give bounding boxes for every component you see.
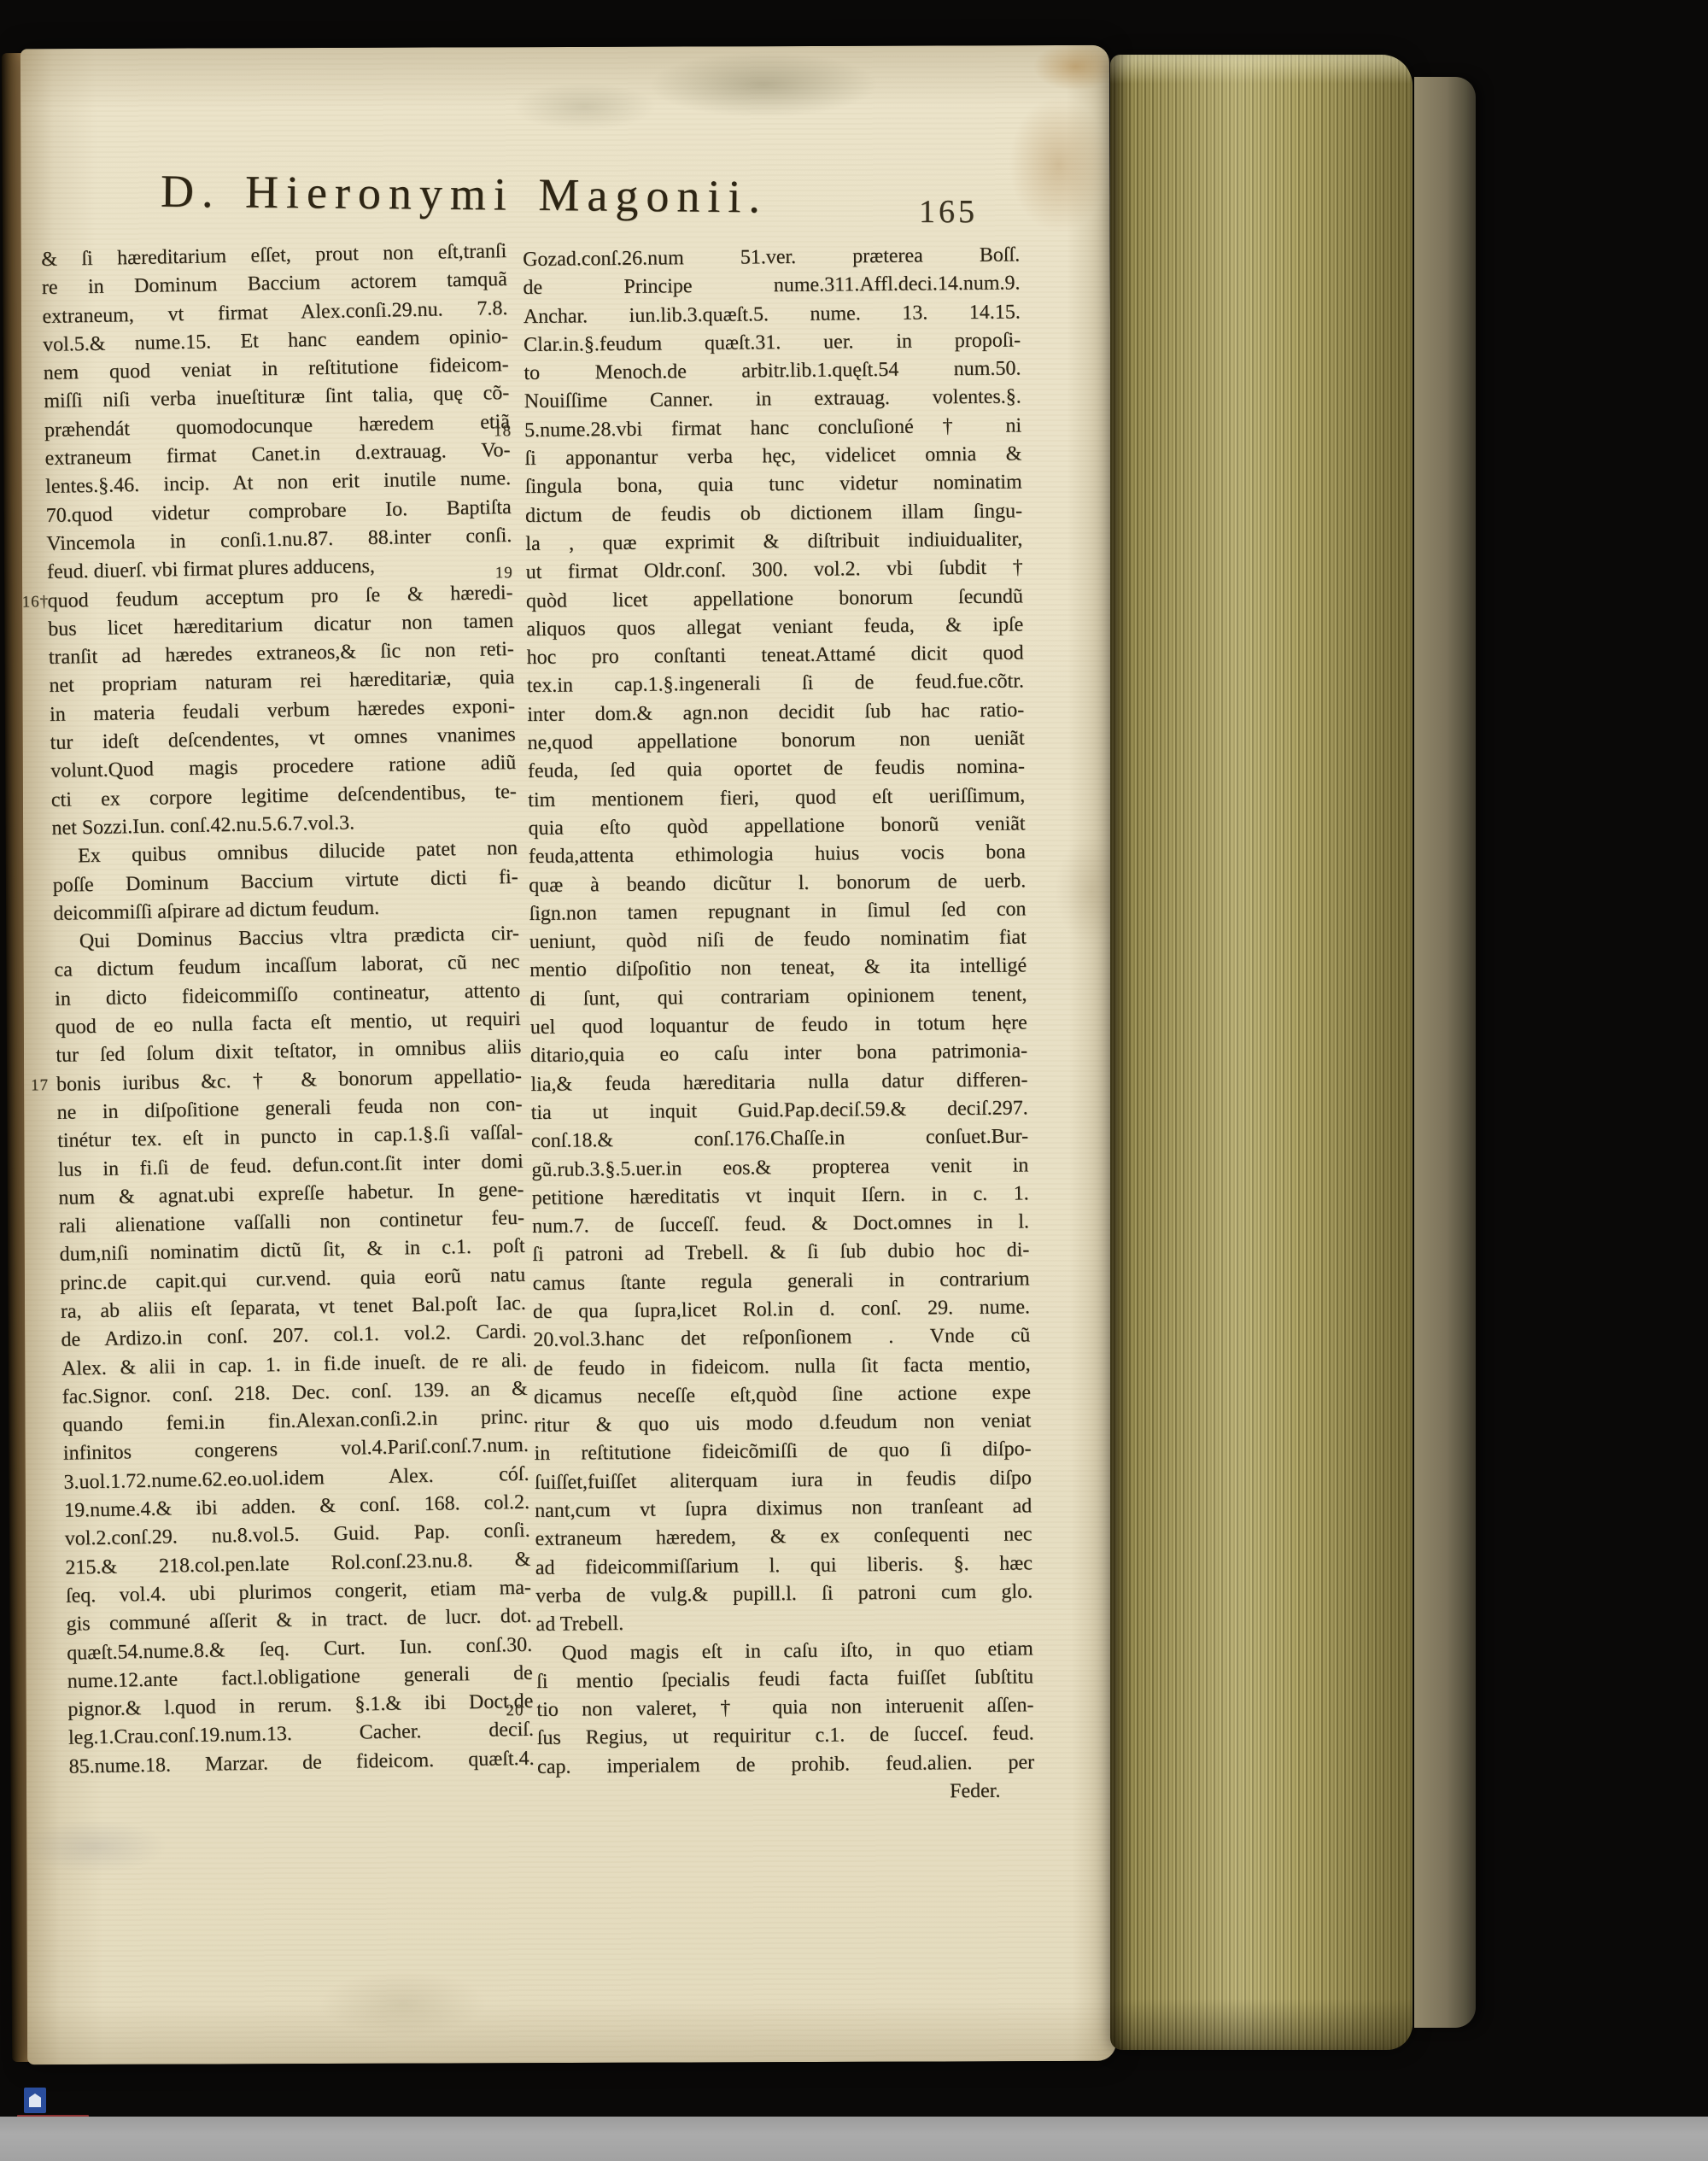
right-text-column: Gozad.conſ.26.num 51.ver. præterea Boſſ.… — [523, 241, 1035, 1810]
outer-page-stack — [1414, 77, 1476, 2028]
line-text: ſus Regius, ut requiritur c.1. de ſucceſ… — [537, 1723, 1034, 1750]
line-text: tranſit ad hæredes extraneos,& ſic non r… — [49, 638, 514, 669]
line-text: net Sozzi.Iun. conſ.42.nu.5.6.7.vol.3. — [51, 811, 354, 839]
library-stamp-icon — [24, 2088, 46, 2113]
line-text: gis communé aſſerit & in tract. de lucr.… — [66, 1605, 531, 1636]
line-text: 3.uol.1.72.nume.62.eo.uol.idem Alex. cóſ… — [63, 1463, 529, 1494]
line-text: aliquos quos allegat veniant feuda, & ip… — [526, 613, 1023, 641]
text-line: ſi apponantur verba hęc, videlicet omnia… — [524, 440, 1021, 473]
line-text: fac.Signor. conſ. 218. Dec. conſ. 139. a… — [61, 1378, 527, 1408]
text-line: ueniunt, quòd niſi de feudo nominatim fi… — [529, 924, 1027, 958]
text-line: aliquos quos allegat veniant feuda, & ip… — [526, 611, 1023, 644]
line-text: ſingula bona, quia tunc videtur nominati… — [525, 471, 1022, 499]
line-text: lentes.§.46. incip. At non erit inutile … — [45, 467, 511, 498]
line-text: ne in diſpoſitione generali feuda non co… — [56, 1093, 522, 1124]
text-line: ſuiſſet,fuiſſet aliterquam iura in feudi… — [535, 1464, 1032, 1497]
line-text: 20.vol.3.hanc det reſponſionem . Vnde cũ — [533, 1325, 1030, 1352]
line-text: in materia feudali verbum hæredes exponi… — [50, 695, 515, 726]
line-text: ſi apponantur verba hęc, videlicet omnia… — [524, 442, 1021, 470]
line-text: mentio diſpoſitio non teneat, & ita inte… — [529, 955, 1027, 982]
line-text: poſſe Dominum Baccium virtute dicti fi- — [52, 865, 518, 896]
text-line: lia,& feuda hæreditaria nulla datur diff… — [530, 1066, 1027, 1099]
line-text: bonis iuribus &c. † & bonorum appellatio… — [56, 1064, 522, 1095]
line-text: 70.quod videtur comprobare Io. Baptiſta — [46, 496, 512, 527]
line-text: tia ut inquit Guid.Pap.deciſ.59.& deciſ.… — [531, 1097, 1028, 1124]
line-text: di ſunt, qui contrariam opinionem tenent… — [529, 983, 1027, 1010]
line-text: de qua ſupra,licet Rol.in d. conſ. 29. n… — [533, 1296, 1030, 1323]
text-line: tex.in cap.1.§.ingenerali ſi de feud.fue… — [527, 668, 1024, 701]
line-text: pignor.& l.quod in rerum. §.1.& ibi Doct… — [67, 1690, 533, 1721]
line-text: tio non valeret, † quia non interuenit a… — [536, 1694, 1033, 1721]
text-line: tim mentionem fieri, quod eſt ueriſſimum… — [528, 782, 1025, 815]
line-text: conſ.18.& conſ.176.Chaſſe.in conſuet.Bur… — [531, 1126, 1028, 1153]
line-text: Clar.in.§.feudum quæſt.31. uer. in propo… — [524, 329, 1021, 356]
line-text: 5.nume.28.vbi firmat hanc concluſioné † … — [524, 414, 1021, 442]
line-text: camus ſtante regula generali in contrari… — [533, 1268, 1030, 1295]
text-line: petitione hæreditatis vt inquit Iſern. i… — [532, 1180, 1029, 1213]
line-text: nem quod veniat in reſtitutione fideicom… — [43, 354, 508, 384]
line-text: dicamus neceſſe eſt,quòd ſine actione ex… — [534, 1381, 1031, 1408]
line-text: feud. diuerſ. vbi firmat plures adducens… — [47, 555, 375, 583]
margin-number: 18 — [494, 417, 512, 445]
text-line: num.7. de ſucceſſ. feud. & Doct.omnes in… — [532, 1208, 1029, 1241]
fore-edge-page-block — [1110, 55, 1413, 2050]
line-text: ut firmat Oldr.conſ. 300. vol.2. vbi ſub… — [526, 557, 1023, 584]
line-text: in dicto fideicommiſſo contineatur, atte… — [55, 980, 520, 1010]
line-text: vol.2.conſ.29. nu.8.vol.5. Guid. Pap. co… — [65, 1520, 530, 1550]
text-line: verba de vulg.& pupill.l. ſi patroni cum… — [535, 1578, 1032, 1611]
text-line: Anchar. iun.lib.3.quæſt.5. nume. 13. 14.… — [524, 298, 1021, 331]
text-line: Clar.in.§.feudum quæſt.31. uer. in propo… — [524, 326, 1021, 360]
text-line: to Menoch.de arbitr.lib.1.quęſt.54 num.5… — [524, 355, 1021, 389]
text-line: nant,cum vt ſupra diximus non tranſeant … — [535, 1492, 1032, 1526]
text-line: quòd licet appellatione bonorum ſecundũ — [526, 583, 1023, 616]
line-text: rali alienatione vaſſalli non continetur… — [59, 1207, 524, 1238]
text-line: 19ut firmat Oldr.conſ. 300. vol.2. vbi ſ… — [526, 554, 1023, 588]
text-line: tia ut inquit Guid.Pap.deciſ.59.& deciſ.… — [531, 1094, 1028, 1127]
scanned-book-spread: D. Hieronymi Magonii. 165 & ſi hæreditar… — [0, 0, 1708, 2161]
text-line: ad fideicommiſſarium l. qui liberis. §. … — [535, 1549, 1032, 1583]
text-line: feuda,attenta ethimologia huius vocis bo… — [529, 839, 1026, 872]
text-line: feuda, ſed quia oportet de feudis nomina… — [528, 753, 1025, 787]
line-text: in reſtitutione fideicõmiſſi de quo ſi d… — [534, 1438, 1031, 1466]
text-line: inter dom.& agn.non decidit ſub hac rati… — [527, 696, 1024, 729]
text-line: gũ.rub.3.§.5.uer.in eos.& propterea veni… — [531, 1151, 1028, 1185]
margin-number: 16† — [21, 587, 49, 616]
running-header-title: D. Hieronymi Magonii. — [161, 165, 769, 224]
line-text: ſign.non tamen repugnant in ſimul ſed co… — [529, 898, 1026, 925]
text-line: ſi patroni ad Trebell. & ſi ſub dubio ho… — [532, 1237, 1029, 1270]
line-text: princ.de capit.qui cur.vend. quia eorũ n… — [60, 1263, 525, 1294]
line-text: 19.nume.4.& ibi adden. & conſ. 168. col.… — [64, 1491, 529, 1522]
text-line: extraneum hæredem, & ex conſequenti nec — [535, 1521, 1032, 1555]
line-text: cap. imperialem de prohib. feud.alien. p… — [537, 1751, 1034, 1778]
line-text: lia,& feuda hæreditaria nulla datur diff… — [530, 1069, 1027, 1096]
line-text: 85.nume.18. Marzar. de fideicom. quæſt.4… — [68, 1747, 534, 1777]
text-line: de feudo in fideicom. nulla ſit facta me… — [533, 1350, 1030, 1384]
line-text: volunt.Quod magis procedere ratione adiũ — [50, 752, 516, 782]
line-text: Ex quibus omnibus dilucide patet non — [78, 837, 518, 867]
line-text: re in Dominum Baccium actorem tamquã — [42, 268, 507, 299]
text-line: Gozad.conſ.26.num 51.ver. præterea Boſſ. — [523, 241, 1020, 274]
line-text: verba de vulg.& pupill.l. ſi patroni cum… — [535, 1580, 1032, 1608]
text-line: quia eſto quòd appellatione bonorũ veniã… — [528, 810, 1025, 843]
line-text: miſſi niſi verba inueſtituræ ſint talia,… — [44, 382, 509, 413]
text-line: cap. imperialem de prohib. feud.alien. p… — [537, 1748, 1034, 1782]
line-text: feuda, ſed quia oportet de feudis nomina… — [528, 756, 1025, 783]
line-text: 215.& 218.col.pen.late Rol.conſ.23.nu.8.… — [65, 1548, 530, 1578]
line-text: Gozad.conſ.26.num 51.ver. præterea Boſſ. — [523, 243, 1020, 271]
line-text: uel quod loquantur de feudo in totum hęr… — [530, 1011, 1027, 1039]
text-line: Feder. — [537, 1777, 1034, 1810]
line-text: extraneum firmat Canet.in d.extrauag. Vo… — [44, 439, 510, 470]
text-line: in reſtitutione fideicõmiſſi de quo ſi d… — [534, 1436, 1031, 1469]
text-line: mentio diſpoſitio non teneat, & ita inte… — [529, 952, 1027, 986]
line-text: Quod magis eſt in caſu iſto, in quo etia… — [562, 1637, 1033, 1664]
text-line: ſi mentio ſpecialis feudi facta fuiſſet … — [536, 1663, 1033, 1696]
line-text: nume.12.ante fact.l.obligatione generali… — [67, 1662, 533, 1693]
text-line: Nouiſſime Canner. in extrauag. volentes.… — [524, 384, 1021, 417]
margin-number: 19 — [495, 559, 513, 587]
line-text: lus in fi.ſi de feud. defun.cont.ſit int… — [58, 1150, 524, 1180]
line-text: Alex. & alii in cap. 1. in fi.de inueſt.… — [61, 1349, 527, 1379]
stamp-emblem-icon — [29, 2094, 41, 2107]
text-line: dicamus neceſſe eſt,quòd ſine actione ex… — [534, 1379, 1031, 1412]
line-text: feuda,attenta ethimologia huius vocis bo… — [529, 841, 1026, 869]
line-text: num & agnat.ubi expreſſe habetur. In gen… — [58, 1179, 524, 1209]
text-line: 20tio non valeret, † quia non interuenit… — [536, 1691, 1033, 1725]
line-text: num.7. de ſucceſſ. feud. & Doct.omnes in… — [532, 1210, 1029, 1238]
line-text: la , quæ exprimit & diſtribuit indiuidua… — [525, 528, 1022, 555]
line-text: ca dictum feudum incaſſum laborat, cũ ne… — [54, 951, 519, 981]
text-line: dictum de feudis ob dictionem illam ſing… — [525, 497, 1022, 530]
line-text: tur ſed ſolum dixit teſtator, in omnibus… — [56, 1036, 521, 1067]
line-text: quando femi.in fin.Alexan.conſi.2.in pri… — [62, 1406, 528, 1437]
line-text: ſi mentio ſpecialis feudi facta fuiſſet … — [536, 1666, 1033, 1693]
line-text: quæ à beando dicũtur l. bonorum de uerb. — [529, 870, 1026, 897]
line-text: cti ex corpore legitime deſcendentibus, … — [51, 781, 517, 811]
line-text: tex.in cap.1.§.ingenerali ſi de feud.fue… — [527, 671, 1024, 698]
scanner-bed-strip — [0, 2117, 1708, 2161]
line-text: & ſi hæreditarium eſſet, prout non eſt,t… — [41, 240, 506, 271]
line-text: ad fideicommiſſarium l. qui liberis. §. … — [535, 1552, 1032, 1579]
text-line: di ſunt, qui contrariam opinionem tenent… — [529, 981, 1027, 1014]
line-text: ſuiſſet,fuiſſet aliterquam iura in feudi… — [535, 1467, 1032, 1494]
text-line: de Principe nume.311.Affl.deci.14.num.9. — [523, 270, 1020, 303]
line-text: leg.1.Crau.conſ.19.num.13. Cacher. deciſ… — [68, 1719, 534, 1749]
text-line: ſingula bona, quia tunc videtur nominati… — [525, 469, 1022, 502]
line-text: to Menoch.de arbitr.lib.1.quęſt.54 num.5… — [524, 358, 1021, 385]
line-text: de Ardizo.in conſ. 207. col.1. vol.2. Ca… — [61, 1321, 526, 1351]
text-line: ditario,quia eo caſu inter bona patrimon… — [530, 1038, 1027, 1071]
line-text: de Principe nume.311.Affl.deci.14.num.9. — [523, 272, 1020, 300]
line-text: petitione hæreditatis vt inquit Iſern. i… — [532, 1182, 1029, 1209]
line-text: ne,quod appellatione bonorum non ueniãt — [527, 727, 1024, 754]
text-line: Quod magis eſt in caſu iſto, in quo etia… — [536, 1635, 1033, 1668]
line-text: net propriam naturam rei hæreditariæ, qu… — [49, 666, 514, 697]
line-text: hoc pro conſtanti teneat.Attamé dicit qu… — [527, 642, 1024, 670]
text-line: ſus Regius, ut requiritur c.1. de ſucceſ… — [537, 1720, 1034, 1754]
line-text: Vincemola in conſi.1.nu.87. 88.inter con… — [46, 524, 512, 555]
margin-number: 17 — [31, 1071, 50, 1100]
text-line: ne,quod appellatione bonorum non ueniãt — [527, 724, 1024, 758]
left-text-column: & ſi hæreditarium eſſet, prout non eſt,t… — [41, 237, 535, 1782]
line-text: extraneum hæredem, & ex conſequenti nec — [535, 1524, 1032, 1551]
text-line: ritur & quo uis modo d.feudum non veniat — [534, 1408, 1031, 1441]
line-text: quòd licet appellatione bonorum ſecundũ — [526, 585, 1023, 612]
margin-number: 20 — [506, 1696, 524, 1725]
line-text: bus licet hæreditarium dicatur non tamen — [48, 610, 513, 641]
line-text: ſi patroni ad Trebell. & ſi ſub dubio ho… — [532, 1239, 1029, 1267]
line-text: nant,cum vt ſupra diximus non tranſeant … — [535, 1495, 1032, 1522]
text-line: uel quod loquantur de feudo in totum hęr… — [530, 1009, 1027, 1042]
line-text: extraneum, vt firmat Alex.conſi.29.nu. 7… — [42, 297, 507, 328]
line-text: ra, ab aliis eſt ſeparata, vt tenet Bal.… — [61, 1292, 526, 1323]
line-text: dictum de feudis ob dictionem illam ſing… — [525, 500, 1022, 527]
line-text: infinitos congerens vol.4.Pariſ.conſ.7.n… — [63, 1434, 529, 1465]
line-text: quod feudum acceptum pro ſe & hæredi- — [47, 582, 512, 612]
text-line: ſign.non tamen repugnant in ſimul ſed co… — [529, 895, 1026, 928]
line-text: quæſt.54.nume.8.& ſeq. Curt. Iun. conſ.3… — [67, 1633, 532, 1664]
line-text: de feudo in fideicom. nulla ſit facta me… — [533, 1353, 1030, 1380]
line-text: ad Trebell. — [535, 1613, 623, 1636]
line-text: tur ideſt deſcendentes, vt omnes vnanime… — [50, 723, 515, 754]
text-line: de qua ſupra,licet Rol.in d. conſ. 29. n… — [533, 1293, 1030, 1326]
line-text: inter dom.& agn.non decidit ſub hac rati… — [527, 699, 1024, 726]
text-line: ad Trebell. — [535, 1607, 1032, 1640]
line-text: dum,niſi nominatim dictũ ſit, & in c.1. … — [59, 1235, 524, 1266]
text-line: hoc pro conſtanti teneat.Attamé dicit qu… — [526, 640, 1023, 673]
text-line: conſ.18.& conſ.176.Chaſſe.in conſuet.Bur… — [531, 1123, 1028, 1157]
line-text: tinétur tex. eſt in puncto in cap.1.§.ſi… — [57, 1121, 523, 1152]
line-text: tim mentionem fieri, quod eſt ueriſſimum… — [528, 784, 1025, 811]
text-line: camus ſtante regula generali in contrari… — [533, 1265, 1030, 1298]
text-line: quæ à beando dicũtur l. bonorum de uerb. — [529, 867, 1026, 900]
line-text: ueniunt, quòd niſi de feudo nominatim fi… — [529, 927, 1027, 954]
line-text: Feder. — [950, 1780, 1001, 1803]
line-text: præhendát quomodocunque hæredem etiã — [44, 411, 510, 442]
line-text: vol.5.& nume.15. Et hanc eandem opinio- — [43, 325, 508, 356]
line-text: ſeq. vol.4. ubi plurimos congerit, etiam… — [66, 1577, 531, 1608]
text-line: la , quæ exprimit & diſtribuit indiuidua… — [525, 525, 1022, 559]
page-number: 165 — [919, 193, 978, 231]
line-text: Qui Dominus Baccius vltra prædicta cir- — [79, 922, 519, 952]
line-text: Anchar. iun.lib.3.quæſt.5. nume. 13. 14.… — [524, 301, 1021, 328]
line-text: deicommiſſi aſpirare ad dictum feudum. — [53, 897, 379, 925]
text-line: 185.nume.28.vbi firmat hanc concluſioné … — [524, 412, 1021, 445]
line-text: quia eſto quòd appellatione bonorũ veniã… — [528, 812, 1025, 840]
line-text: quod de eo nulla facta eſt mentio, ut re… — [56, 1008, 521, 1039]
line-text: ditario,quia eo caſu inter bona patrimon… — [530, 1040, 1027, 1068]
line-text: ritur & quo uis modo d.feudum non veniat — [534, 1410, 1031, 1438]
text-line: 20.vol.3.hanc det reſponſionem . Vnde cũ — [533, 1322, 1030, 1356]
line-text: Nouiſſime Canner. in extrauag. volentes.… — [524, 386, 1021, 413]
line-text: gũ.rub.3.§.5.uer.in eos.& propterea veni… — [531, 1154, 1028, 1181]
